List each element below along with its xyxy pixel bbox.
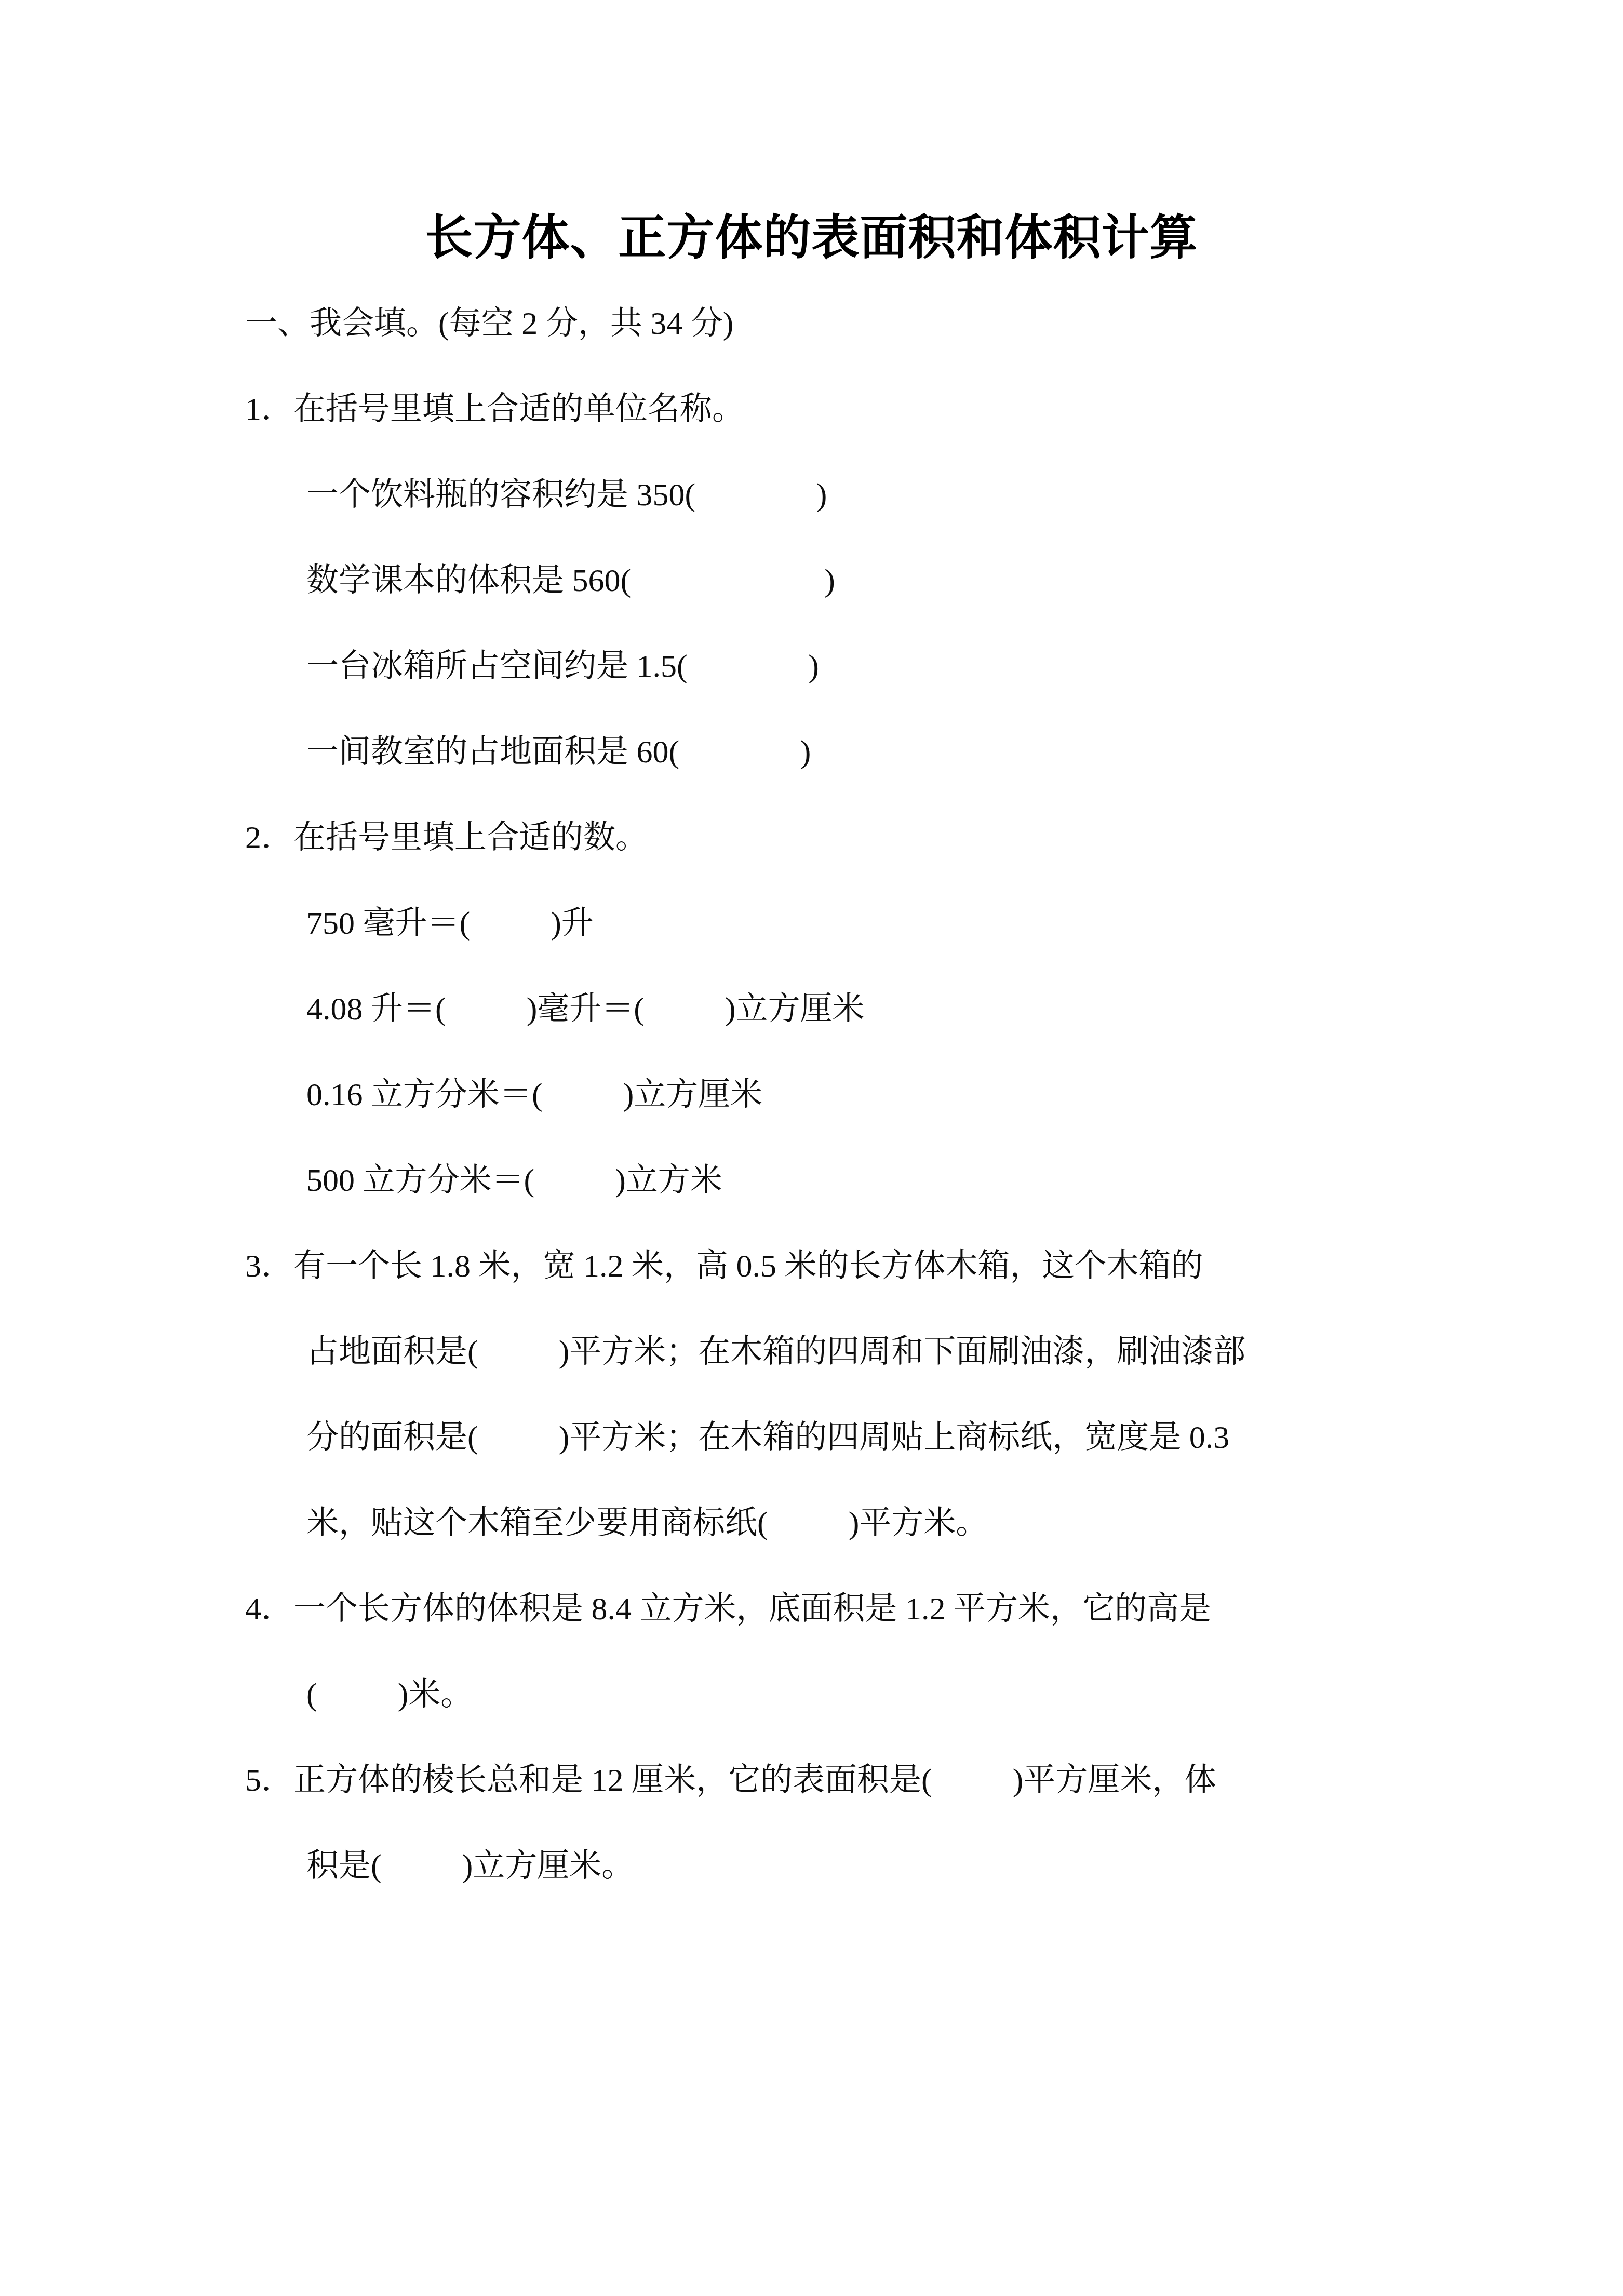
q1-item-math-textbook: 数学课本的体积是 560( ) bbox=[306, 538, 1623, 624]
question4-line-2: ( )米。 bbox=[306, 1652, 1623, 1738]
q2-item-4-08l: 4.08 升＝( )毫升＝( )立方厘米 bbox=[306, 966, 1623, 1052]
worksheet-page: 长方体、正方体的表面积和体积计算 一、我会填。(每空 2 分，共 34 分) 1… bbox=[0, 0, 1623, 2296]
question2-prompt: 2．在括号里填上合适的数。 bbox=[245, 795, 1623, 881]
q1-item-classroom: 一间教室的占地面积是 60( ) bbox=[306, 709, 1623, 795]
worksheet-title: 长方体、正方体的表面积和体积计算 bbox=[0, 208, 1623, 268]
question3-line-2: 占地面积是( )平方米；在木箱的四周和下面刷油漆，刷油漆部 bbox=[306, 1309, 1623, 1395]
worksheet-body: 一、我会填。(每空 2 分，共 34 分) 1．在括号里填上合适的单位名称。 一… bbox=[0, 281, 1623, 1909]
question5-line-1: 5．正方体的棱长总和是 12 厘米，它的表面积是( )平方厘米，体 bbox=[245, 1738, 1623, 1823]
question4-line-1: 4．一个长方体的体积是 8.4 立方米，底面积是 1.2 平方米，它的高是 bbox=[245, 1566, 1623, 1652]
section1-header: 一、我会填。(每空 2 分，共 34 分) bbox=[245, 281, 1623, 367]
q2-item-0-16dm3: 0.16 立方分米＝( )立方厘米 bbox=[306, 1052, 1623, 1138]
question5-line-2: 积是( )立方厘米。 bbox=[306, 1823, 1623, 1909]
question3-line-4: 米，贴这个木箱至少要用商标纸( )平方米。 bbox=[306, 1481, 1623, 1566]
q1-item-drink-bottle: 一个饮料瓶的容积约是 350( ) bbox=[306, 452, 1623, 538]
q2-item-500dm3: 500 立方分米＝( )立方米 bbox=[306, 1138, 1623, 1224]
question3-line-3: 分的面积是( )平方米；在木箱的四周贴上商标纸，宽度是 0.3 bbox=[306, 1395, 1623, 1481]
question1-prompt: 1．在括号里填上合适的单位名称。 bbox=[245, 367, 1623, 452]
q1-item-fridge: 一台冰箱所占空间约是 1.5( ) bbox=[306, 624, 1623, 709]
question3-line-1: 3．有一个长 1.8 米，宽 1.2 米，高 0.5 米的长方体木箱，这个木箱的 bbox=[245, 1224, 1623, 1309]
q2-item-750ml: 750 毫升＝( )升 bbox=[306, 881, 1623, 966]
